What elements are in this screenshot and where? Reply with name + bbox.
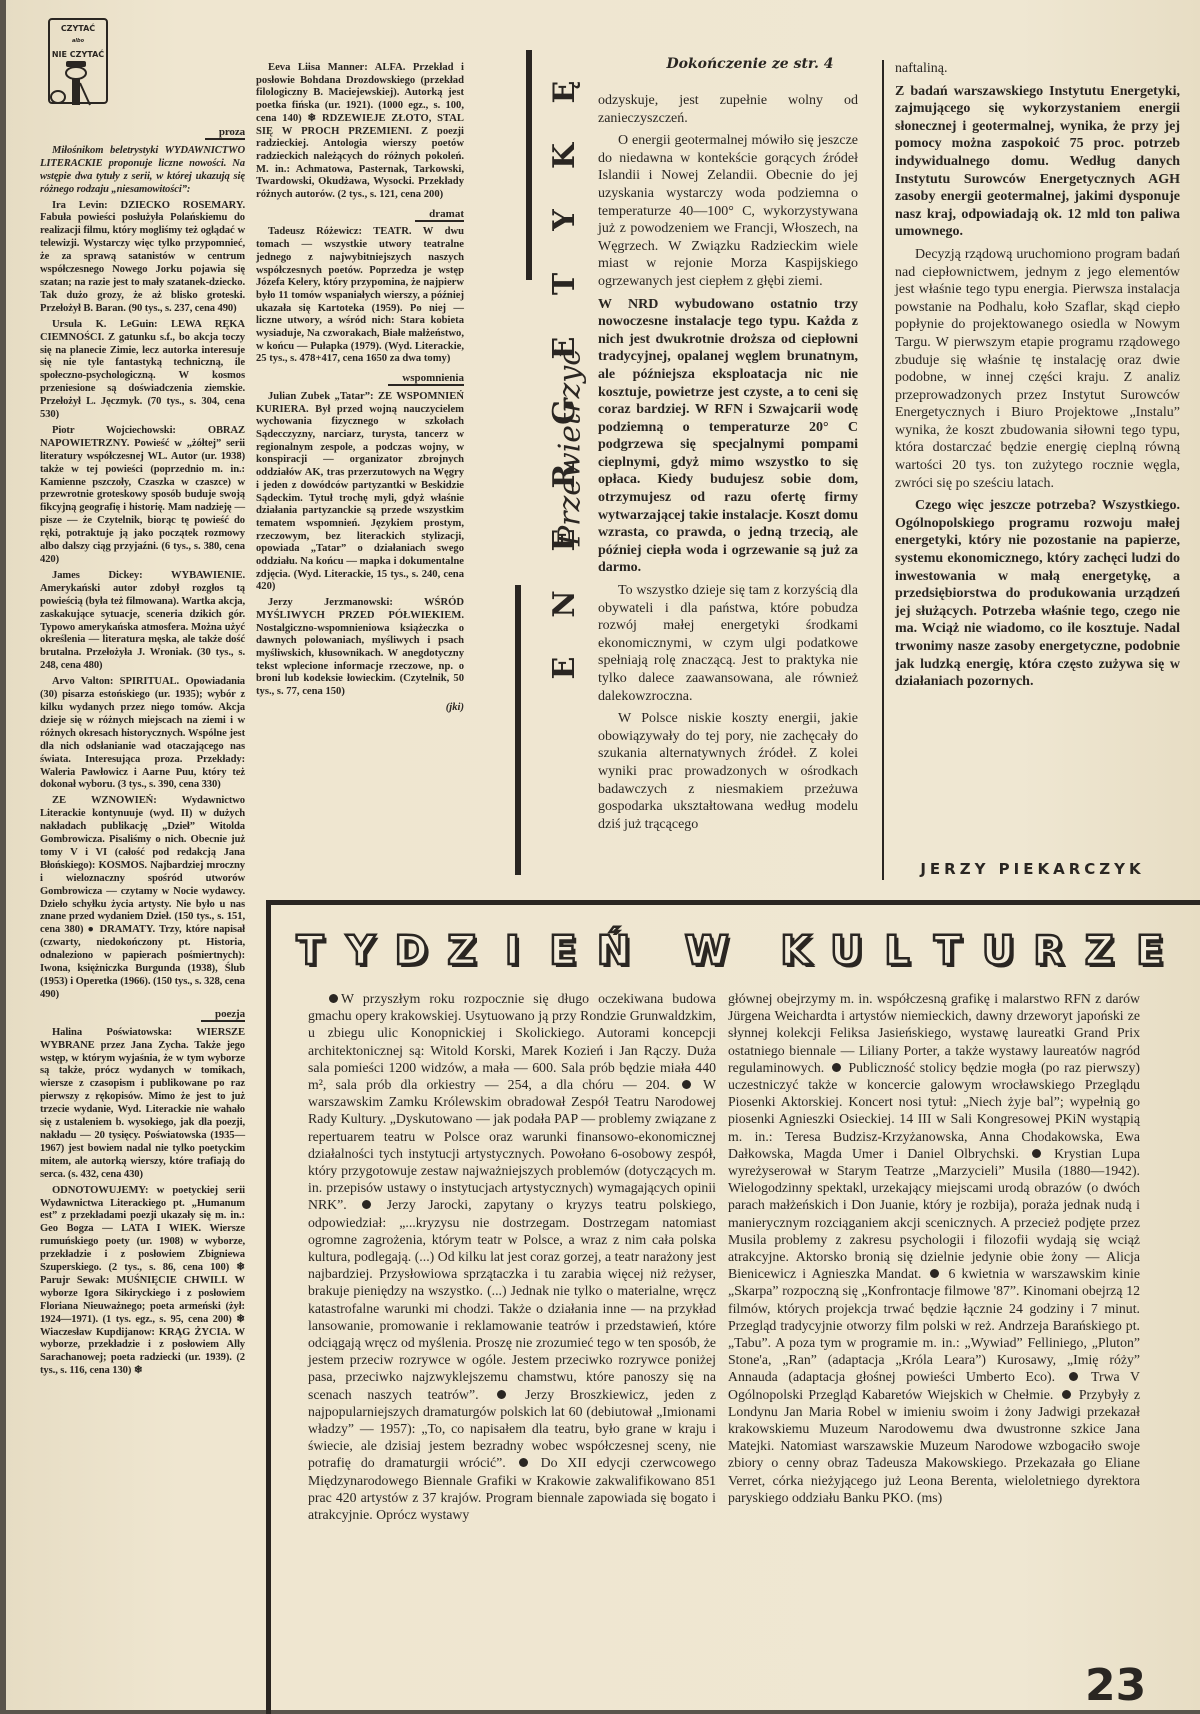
section-label-wspomnienia: wspomnienia xyxy=(256,372,464,385)
bullet-icon xyxy=(930,1269,939,1278)
article-paragraph: To wszystko dzieje się tam z korzyścią d… xyxy=(598,582,858,705)
section-label-poezja: poezja xyxy=(40,1008,245,1021)
title-letter: T xyxy=(928,928,968,974)
books-column-1: proza Miłośnikom beletrystyki WYDAWNICTW… xyxy=(40,120,245,1381)
title-letter: R xyxy=(533,456,597,496)
book-entry-dickey: James Dickey: WYBAWIENIE. Amerykański au… xyxy=(40,570,245,673)
title-letter: Z xyxy=(442,928,482,974)
title-letter: W xyxy=(685,928,725,974)
title-letter: E xyxy=(533,520,597,560)
energy-column-2: naftaliną.Z badań warszawskiego Instytut… xyxy=(895,60,1180,696)
title-letter: D xyxy=(391,928,431,974)
title-letter: T xyxy=(290,928,330,974)
title-letter: T xyxy=(533,264,597,304)
bullet-icon xyxy=(329,994,338,1003)
title-rule-bottom xyxy=(515,585,521,875)
culture-text-1: W przyszłym roku rozpocznie się długo oc… xyxy=(308,990,716,1523)
title-letter: Y xyxy=(533,200,597,240)
reader-figure-icon xyxy=(50,59,102,107)
page-number: 23 xyxy=(1085,1660,1146,1711)
bullet-icon xyxy=(519,1458,528,1467)
article-title-vertical: ĘKYTEGRENE xyxy=(545,60,585,840)
article-author: JERZY PIEKARCZYK xyxy=(885,860,1180,878)
section-label-dramat: dramat xyxy=(256,208,464,221)
energy-column-1: odzyskuje, jest zupełnie wolny od zaniec… xyxy=(598,92,858,838)
bullet-icon xyxy=(832,1063,841,1072)
logo-line1: CZYTAĆ xyxy=(50,24,106,33)
title-letter: Ń xyxy=(593,928,633,974)
article-paragraph: O energii geotermalnej mówiło się jeszcz… xyxy=(598,132,858,290)
book-entry-poswiatowska: Halina Poświatowska: WIERSZE WYBRANE prz… xyxy=(40,1027,245,1182)
page-edge xyxy=(0,0,6,1714)
book-entry-rozewicz: Tadeusz Różewicz: TEATR. W dwu tomach — … xyxy=(256,226,464,366)
culture-column-2: głównej obejrzymy m. in. współczesną gra… xyxy=(728,990,1140,1506)
title-letter: U xyxy=(826,928,866,974)
title-letter xyxy=(735,928,765,974)
article-paragraph: Decyzją rządową uruchomiono program bada… xyxy=(895,246,1180,492)
bullet-icon xyxy=(1069,1372,1078,1381)
column-rule xyxy=(882,60,884,880)
title-letter xyxy=(644,928,674,974)
intro-paragraph: Miłośnikom beletrystyki WYDAWNICTWO LITE… xyxy=(40,145,245,197)
book-entry-manner: Eeva Liisa Manner: ALFA. Przekład i posł… xyxy=(256,62,464,202)
book-entry-leguin: Ursula K. LeGuin: LEWA RĘKA CIEMNOŚCI. Z… xyxy=(40,319,245,422)
title-letter: U xyxy=(978,928,1018,974)
title-letter: R xyxy=(1029,928,1069,974)
book-entry-odnotowujemy: ODNOTOWUJEMY: w poetyckiej serii Wydawni… xyxy=(40,1185,245,1379)
bullet-icon xyxy=(497,1390,506,1399)
title-letter: I xyxy=(492,928,532,974)
title-letter: G xyxy=(533,392,597,432)
book-entry-zubek: Julian Zubek „Tatar”: ZE WSPOMNIEŃ KURIE… xyxy=(256,391,464,594)
article-paragraph: W NRD wybudowano ostatnio trzy nowoczesn… xyxy=(598,296,858,578)
article-paragraph: W Polsce niskie koszty energii, jakie ob… xyxy=(598,710,858,833)
article-paragraph: Czego więc jeszcze potrzeba? Wszystkiego… xyxy=(895,497,1180,691)
bullet-icon xyxy=(682,1080,691,1089)
logo-line3: NIE CZYTAĆ xyxy=(50,50,106,59)
article-paragraph: odzyskuje, jest zupełnie wolny od zaniec… xyxy=(598,92,858,127)
book-entry-wojciechowski: Piotr Wojciechowski: OBRAZ NAPOWIETRZNY.… xyxy=(40,425,245,567)
title-rule-top xyxy=(526,50,532,280)
section-label-proza: proza xyxy=(40,126,245,139)
logo-line2: albo xyxy=(50,37,106,46)
book-entry-valton: Arvo Valton: SPIRITUAL. Opowiadania (30)… xyxy=(40,676,245,792)
book-entry-levin: Ira Levin: DZIECKO ROSEMARY. Fabuła powi… xyxy=(40,200,245,316)
culture-column-1: W przyszłym roku rozpocznie się długo oc… xyxy=(308,990,716,1523)
title-letter: E xyxy=(1130,928,1170,974)
bullet-icon xyxy=(362,1200,371,1209)
title-letter: Ę xyxy=(533,72,597,112)
book-entry-jerzmanowski: Jerzy Jerzmanowski: WŚRÓD MYŚLIWYCH PRZE… xyxy=(256,597,464,699)
article-paragraph: naftaliną. xyxy=(895,60,1180,78)
book-entry-wznowienia: ZE WZNOWIEŃ: Wydawnictwo Literackie kont… xyxy=(40,795,245,1002)
bullet-icon xyxy=(1032,1149,1041,1158)
title-letter: E xyxy=(533,328,597,368)
title-letter: Y xyxy=(341,928,381,974)
title-letter: Z xyxy=(1079,928,1119,974)
czytac-logo: CZYTAĆ albo NIE CZYTAĆ xyxy=(48,18,108,104)
signature-jki: (jki) xyxy=(256,702,464,715)
bullet-icon xyxy=(1062,1390,1071,1399)
title-letter: K xyxy=(776,928,816,974)
books-column-2: Eeva Liisa Manner: ALFA. Przekład i posł… xyxy=(256,62,464,714)
title-letter: K xyxy=(533,136,597,176)
continued-from-note: Dokończenie ze str. 4 xyxy=(630,56,870,72)
title-letter: E xyxy=(543,928,583,974)
title-letter: E xyxy=(533,648,597,688)
title-letter: L xyxy=(877,928,917,974)
article-paragraph: Z badań warszawskiego Instytutu Energety… xyxy=(895,83,1180,241)
title-letter: N xyxy=(533,584,597,624)
culture-text-2: głównej obejrzymy m. in. współczesną gra… xyxy=(728,990,1140,1506)
culture-week-title: TYDZIEŃWKULTURZE xyxy=(290,928,1170,974)
